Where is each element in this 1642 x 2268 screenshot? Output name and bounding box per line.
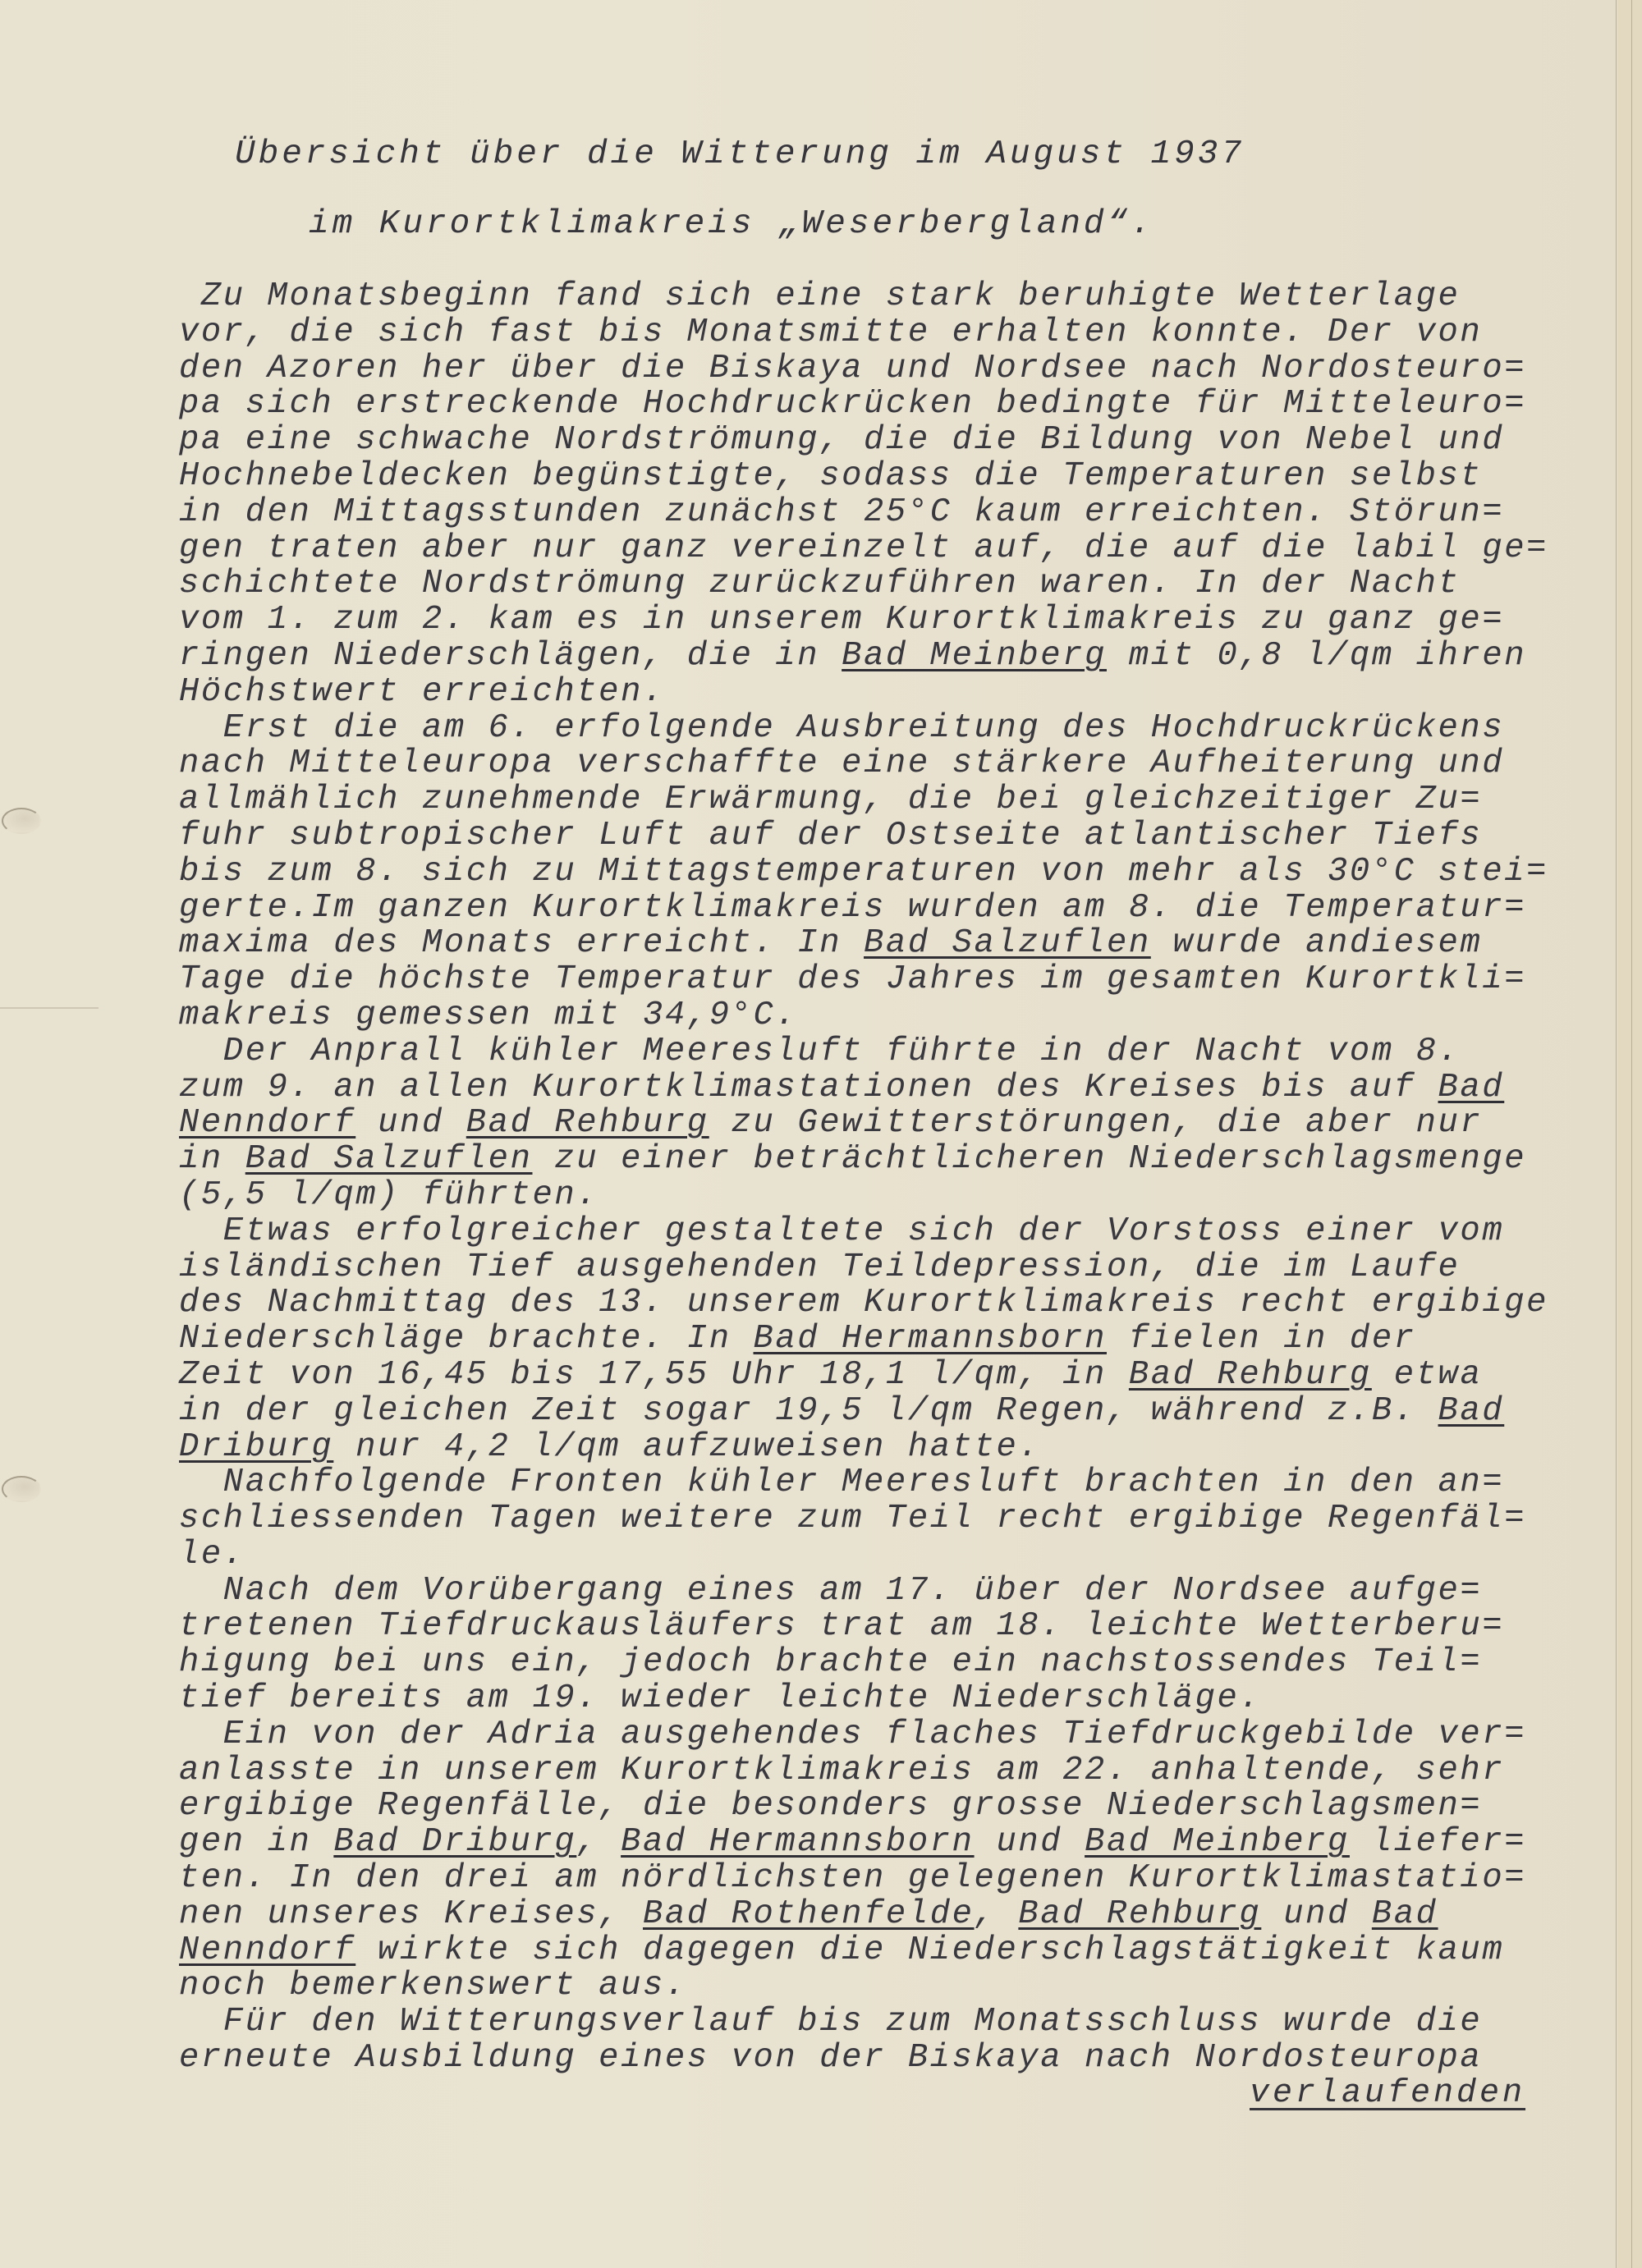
place-name: Bad [1438,1392,1505,1430]
text-line: erneute Ausbildung eines von der Biskaya… [179,2041,1591,2077]
text-segment: in [179,1140,245,1178]
text-line: Etwas erfolgreicher gestaltete sich der … [179,1214,1591,1250]
paper-page: Übersicht über die Witterung im August 1… [0,0,1616,2268]
text-line: anlasste in unserem Kurortklimakreis am … [179,1753,1591,1789]
text-line: (5,5 l/qm) führten. [179,1178,1591,1214]
text-segment: in den Mittagsstunden zunächst 25°C kaum… [179,493,1504,531]
text-line: Nenndorf wirkte sich dagegen die Nieders… [179,1933,1591,1969]
punch-hole-top [2,808,41,834]
text-line: den Azoren her über die Biskaya und Nord… [179,351,1591,387]
text-segment: Ein von der Adria ausgehendes flaches Ti… [179,1716,1526,1753]
text-line: Für den Witterungsverlauf bis zum Monats… [179,2005,1591,2041]
text-segment: maxima des Monats erreicht. In [179,924,864,962]
text-line: Nenndorf und Bad Rehburg zu Gewitterstör… [179,1106,1591,1142]
text-line: isländischen Tief ausgehenden Teildepres… [179,1250,1591,1286]
text-line: nach Mitteleuropa verschaffte eine stärk… [179,746,1591,782]
place-name: Bad [1372,1895,1438,1933]
text-segment: zum 9. an allen Kurortklimastationen des… [179,1069,1438,1107]
page-edge [1617,0,1642,2268]
text-line: allmählich zunehmende Erwärmung, die bei… [179,782,1591,818]
place-name: Bad Hermannsborn [621,1823,974,1861]
place-name: Bad Hermannsborn [754,1320,1107,1358]
text-segment: Für den Witterungsverlauf bis zum Monats… [179,2003,1482,2041]
text-segment: gen in [179,1823,333,1861]
text-line: nen unseres Kreises, Bad Rothenfelde, Ba… [179,1897,1591,1933]
text-segment: Tage die höchste Temperatur des Jahres i… [179,960,1526,998]
text-segment: Höchstwert erreichten. [179,673,665,711]
text-line: vor, die sich fast bis Monatsmitte erhal… [179,315,1591,351]
text-line: noch bemerkenswert aus. [179,1968,1591,2005]
text-line: Hochnebeldecken begünstigte, sodass die … [179,459,1591,495]
text-segment: tief bereits am 19. wieder leichte Niede… [179,1679,1261,1717]
fold-crease [0,1007,99,1009]
text-segment: vor, die sich fast bis Monatsmitte erhal… [179,314,1482,351]
text-line: fuhr subtropischer Luft auf der Ostseite… [179,818,1591,855]
text-line: Zu Monatsbeginn fand sich eine stark ber… [179,279,1591,315]
text-segment: ergibige Regenfälle, die besonders gross… [179,1787,1482,1825]
catchword: verlaufenden [1250,2075,1525,2112]
place-name: Bad Rothenfelde [643,1895,975,1933]
text-line: schichtete Nordströmung zurückzuführen w… [179,566,1591,603]
text-segment: Zeit von 16,45 bis 17,55 Uhr 18,1 l/qm, … [179,1356,1129,1394]
text-line: tretenen Tiefdruckausläufers trat am 18.… [179,1609,1591,1645]
text-segment: noch bemerkenswert aus. [179,1967,687,2005]
text-segment: Hochnebeldecken begünstigte, sodass die … [179,457,1482,495]
text-segment: ten. In den drei am nördlichsten gelegen… [179,1859,1526,1897]
text-line: zum 9. an allen Kurortklimastationen des… [179,1070,1591,1107]
text-segment: allmählich zunehmende Erwärmung, die bei… [179,781,1482,818]
text-line: higung bei uns ein, jedoch brachte ein n… [179,1645,1591,1681]
text-segment: des Nachmittag des 13. unserem Kurortkli… [179,1284,1548,1322]
text-line: vom 1. zum 2. kam es in unserem Kurortkl… [179,603,1591,639]
text-segment: le. [179,1536,245,1574]
text-segment: und [1261,1895,1372,1933]
text-segment: mit 0,8 l/qm ihren [1107,637,1526,675]
text-segment: Zu Monatsbeginn fand sich eine stark ber… [179,277,1460,315]
text-line: Der Anprall kühler Meeresluft führte in … [179,1034,1591,1070]
text-segment: und [975,1823,1085,1861]
text-line: Driburg nur 4,2 l/qm aufzuweisen hatte. [179,1430,1591,1466]
text-segment: nur 4,2 l/qm aufzuweisen hatte. [333,1428,1040,1466]
text-segment: bis zum 8. sich zu Mittagstemperaturen v… [179,853,1548,891]
text-segment: nen unseres Kreises, [179,1895,643,1933]
text-segment: schliessenden Tagen weitere zum Teil rec… [179,1500,1526,1537]
text-segment: wurde andiesem [1151,924,1483,962]
text-line: gen in Bad Driburg, Bad Hermannsborn und… [179,1825,1591,1861]
text-segment: pa eine schwache Nordströmung, die die B… [179,421,1504,459]
text-line: Niederschläge brachte. In Bad Hermannsbo… [179,1322,1591,1358]
text-segment: anlasste in unserem Kurortklimakreis am … [179,1752,1504,1789]
text-segment: , [975,1895,1019,1933]
text-segment: isländischen Tief ausgehenden Teildepres… [179,1249,1460,1286]
text-segment: higung bei uns ein, jedoch brachte ein n… [179,1643,1482,1681]
document-title: Übersicht über die Witterung im August 1… [235,135,1245,173]
text-line: pa sich erstreckende Hochdruckrücken bed… [179,387,1591,423]
text-line: gen traten aber nur ganz vereinzelt auf,… [179,531,1591,567]
page-edge-line [1616,0,1617,2268]
text-line: Zeit von 16,45 bis 17,55 Uhr 18,1 l/qm, … [179,1358,1591,1394]
text-line: ten. In den drei am nördlichsten gelegen… [179,1861,1591,1897]
text-line: tief bereits am 19. wieder leichte Niede… [179,1681,1591,1717]
text-line: makreis gemessen mit 34,9°C. [179,998,1591,1034]
text-segment: den Azoren her über die Biskaya und Nord… [179,350,1526,387]
place-name: Bad Rehburg [1018,1895,1261,1933]
text-segment: und [355,1104,466,1142]
place-name: Nenndorf [179,1931,355,1969]
text-segment: fielen in der [1107,1320,1416,1358]
place-name: Driburg [179,1428,333,1466]
place-name: Nenndorf [179,1104,355,1142]
text-line: maxima des Monats erreicht. In Bad Salzu… [179,926,1591,962]
text-line: Nach dem Vorübergang eines am 17. über d… [179,1574,1591,1610]
text-line: bis zum 8. sich zu Mittagstemperaturen v… [179,855,1591,891]
text-segment: schichtete Nordströmung zurückzuführen w… [179,565,1460,603]
text-line: Ein von der Adria ausgehendes flaches Ti… [179,1717,1591,1753]
text-segment: Niederschläge brachte. In [179,1320,754,1358]
text-segment: ringen Niederschlägen, die in [179,637,842,675]
place-name: Bad Rehburg [466,1104,709,1142]
place-name: Bad Salzuflen [864,924,1151,962]
text-line: in Bad Salzuflen zu einer beträchtlicher… [179,1142,1591,1178]
text-segment: fuhr subtropischer Luft auf der Ostseite… [179,817,1482,855]
text-line: ergibige Regenfälle, die besonders gross… [179,1789,1591,1825]
body-text: Zu Monatsbeginn fand sich eine stark ber… [179,279,1591,2077]
text-line: in den Mittagsstunden zunächst 25°C kaum… [179,495,1591,531]
place-name: Bad Meinberg [842,637,1107,675]
text-segment: pa sich erstreckende Hochdruckrücken bed… [179,385,1526,423]
place-name: Bad Salzuflen [245,1140,533,1178]
text-line: Tage die höchste Temperatur des Jahres i… [179,962,1591,998]
place-name: Bad Rehburg [1129,1356,1372,1394]
text-segment: Nach dem Vorübergang eines am 17. über d… [179,1572,1482,1610]
text-segment: Der Anprall kühler Meeresluft führte in … [179,1033,1460,1070]
text-line: schliessenden Tagen weitere zum Teil rec… [179,1501,1591,1537]
text-line: le. [179,1537,1591,1574]
text-line: Nachfolgende Fronten kühler Meeresluft b… [179,1465,1591,1501]
text-segment: (5,5 l/qm) führten. [179,1176,599,1214]
text-segment: Etwas erfolgreicher gestaltete sich der … [179,1212,1504,1250]
text-line: ringen Niederschlägen, die in Bad Meinbe… [179,639,1591,675]
punch-hole-bottom [2,1476,41,1502]
text-segment: nach Mitteleuropa verschaffte eine stärk… [179,745,1504,782]
page-edge-line [1631,0,1632,2268]
text-segment: etwa [1372,1356,1483,1394]
text-segment: Erst die am 6. erfolgende Ausbreitung de… [179,709,1504,747]
text-segment: wirkte sich dagegen die Niederschlagstät… [355,1931,1504,1969]
text-segment: zu Gewitterstörungen, die aber nur [709,1104,1483,1142]
text-segment: vom 1. zum 2. kam es in unserem Kurortkl… [179,601,1504,639]
text-segment: gen traten aber nur ganz vereinzelt auf,… [179,529,1548,567]
text-segment: makreis gemessen mit 34,9°C. [179,997,797,1034]
place-name: Bad [1438,1069,1505,1107]
text-segment: liefer= [1350,1823,1526,1861]
text-line: Erst die am 6. erfolgende Ausbreitung de… [179,711,1591,747]
place-name: Bad Meinberg [1085,1823,1350,1861]
text-segment: , [576,1823,621,1861]
text-line: Höchstwert erreichten. [179,675,1591,711]
place-name: Bad Driburg [333,1823,576,1861]
text-segment: erneute Ausbildung eines von der Biskaya… [179,2039,1482,2077]
text-segment: gerte.Im ganzen Kurortklimakreis wurden … [179,889,1526,927]
text-line: des Nachmittag des 13. unserem Kurortkli… [179,1285,1591,1322]
text-segment: Nachfolgende Fronten kühler Meeresluft b… [179,1464,1504,1501]
text-segment: zu einer beträchtlicheren Niederschlagsm… [532,1140,1526,1178]
document-subtitle: im Kurortklimakreis „Weserbergland“. [309,205,1154,243]
text-line: in der gleichen Zeit sogar 19,5 l/qm Reg… [179,1394,1591,1430]
text-line: pa eine schwache Nordströmung, die die B… [179,423,1591,459]
text-line: gerte.Im ganzen Kurortklimakreis wurden … [179,891,1591,927]
text-segment: in der gleichen Zeit sogar 19,5 l/qm Reg… [179,1392,1438,1430]
text-segment: tretenen Tiefdruckausläufers trat am 18.… [179,1607,1504,1645]
